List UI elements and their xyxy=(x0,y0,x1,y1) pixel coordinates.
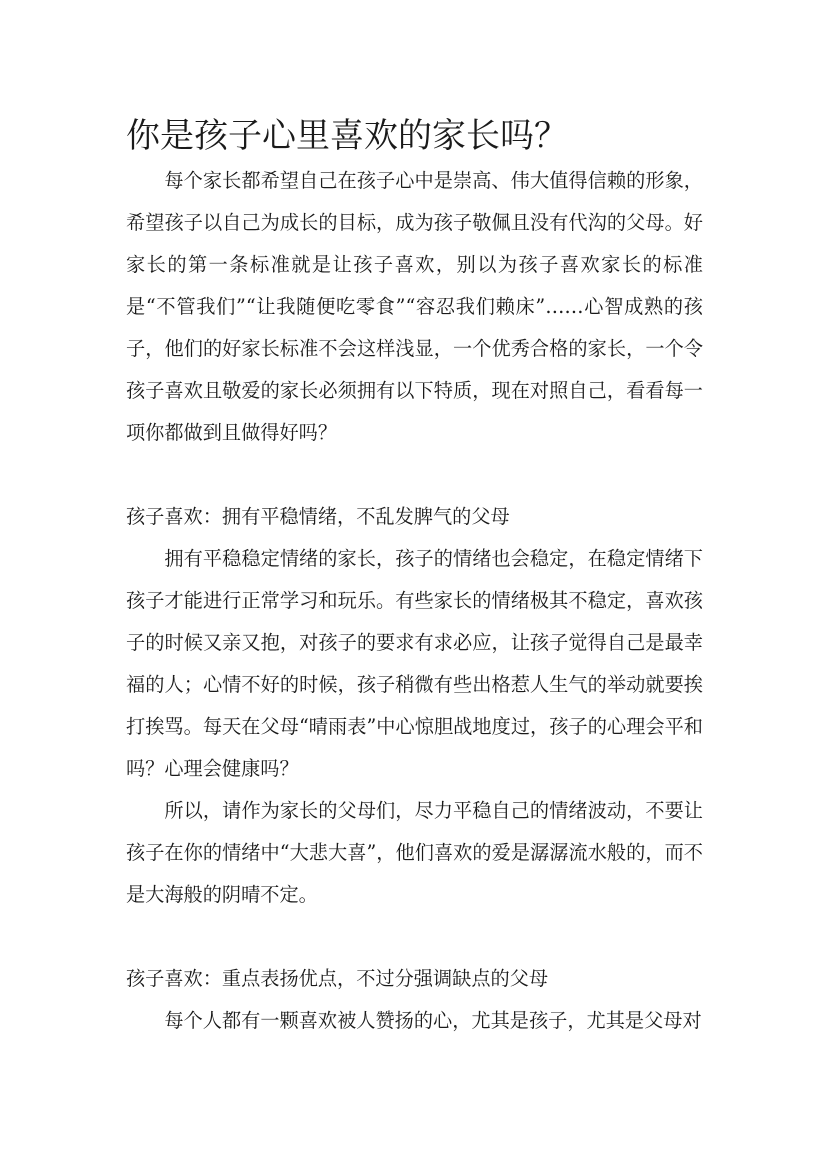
section-praise-strengths: 孩子喜欢：重点表扬优点，不过分强调缺点的父母 每个人都有一颗喜欢被人赞扬的心，尤… xyxy=(126,958,703,1042)
section-paragraph: 每个人都有一颗喜欢被人赞扬的心，尤其是孩子，尤其是父母对 xyxy=(126,1000,703,1042)
document-page: 你是孩子心里喜欢的家长吗？ 每个家长都希望自己在孩子心中是崇高、伟大值得信赖的形… xyxy=(126,112,703,1042)
section-paragraph: 所以，请作为家长的父母们，尽力平稳自己的情绪波动，不要让孩子在你的情绪中“大悲大… xyxy=(126,790,703,916)
document-title: 你是孩子心里喜欢的家长吗？ xyxy=(126,112,703,160)
section-heading: 孩子喜欢：拥有平稳情绪，不乱发脾气的父母 xyxy=(126,496,703,538)
section-paragraph: 拥有平稳稳定情绪的家长，孩子的情绪也会稳定，在稳定情绪下孩子才能进行正常学习和玩… xyxy=(126,538,703,790)
section-emotional-stability: 孩子喜欢：拥有平稳情绪，不乱发脾气的父母 拥有平稳稳定情绪的家长，孩子的情绪也会… xyxy=(126,496,703,916)
section-heading: 孩子喜欢：重点表扬优点，不过分强调缺点的父母 xyxy=(126,958,703,1000)
spacer xyxy=(126,454,703,496)
spacer xyxy=(126,916,703,958)
intro-paragraph: 每个家长都希望自己在孩子心中是崇高、伟大值得信赖的形象，希望孩子以自己为成长的目… xyxy=(126,160,703,454)
